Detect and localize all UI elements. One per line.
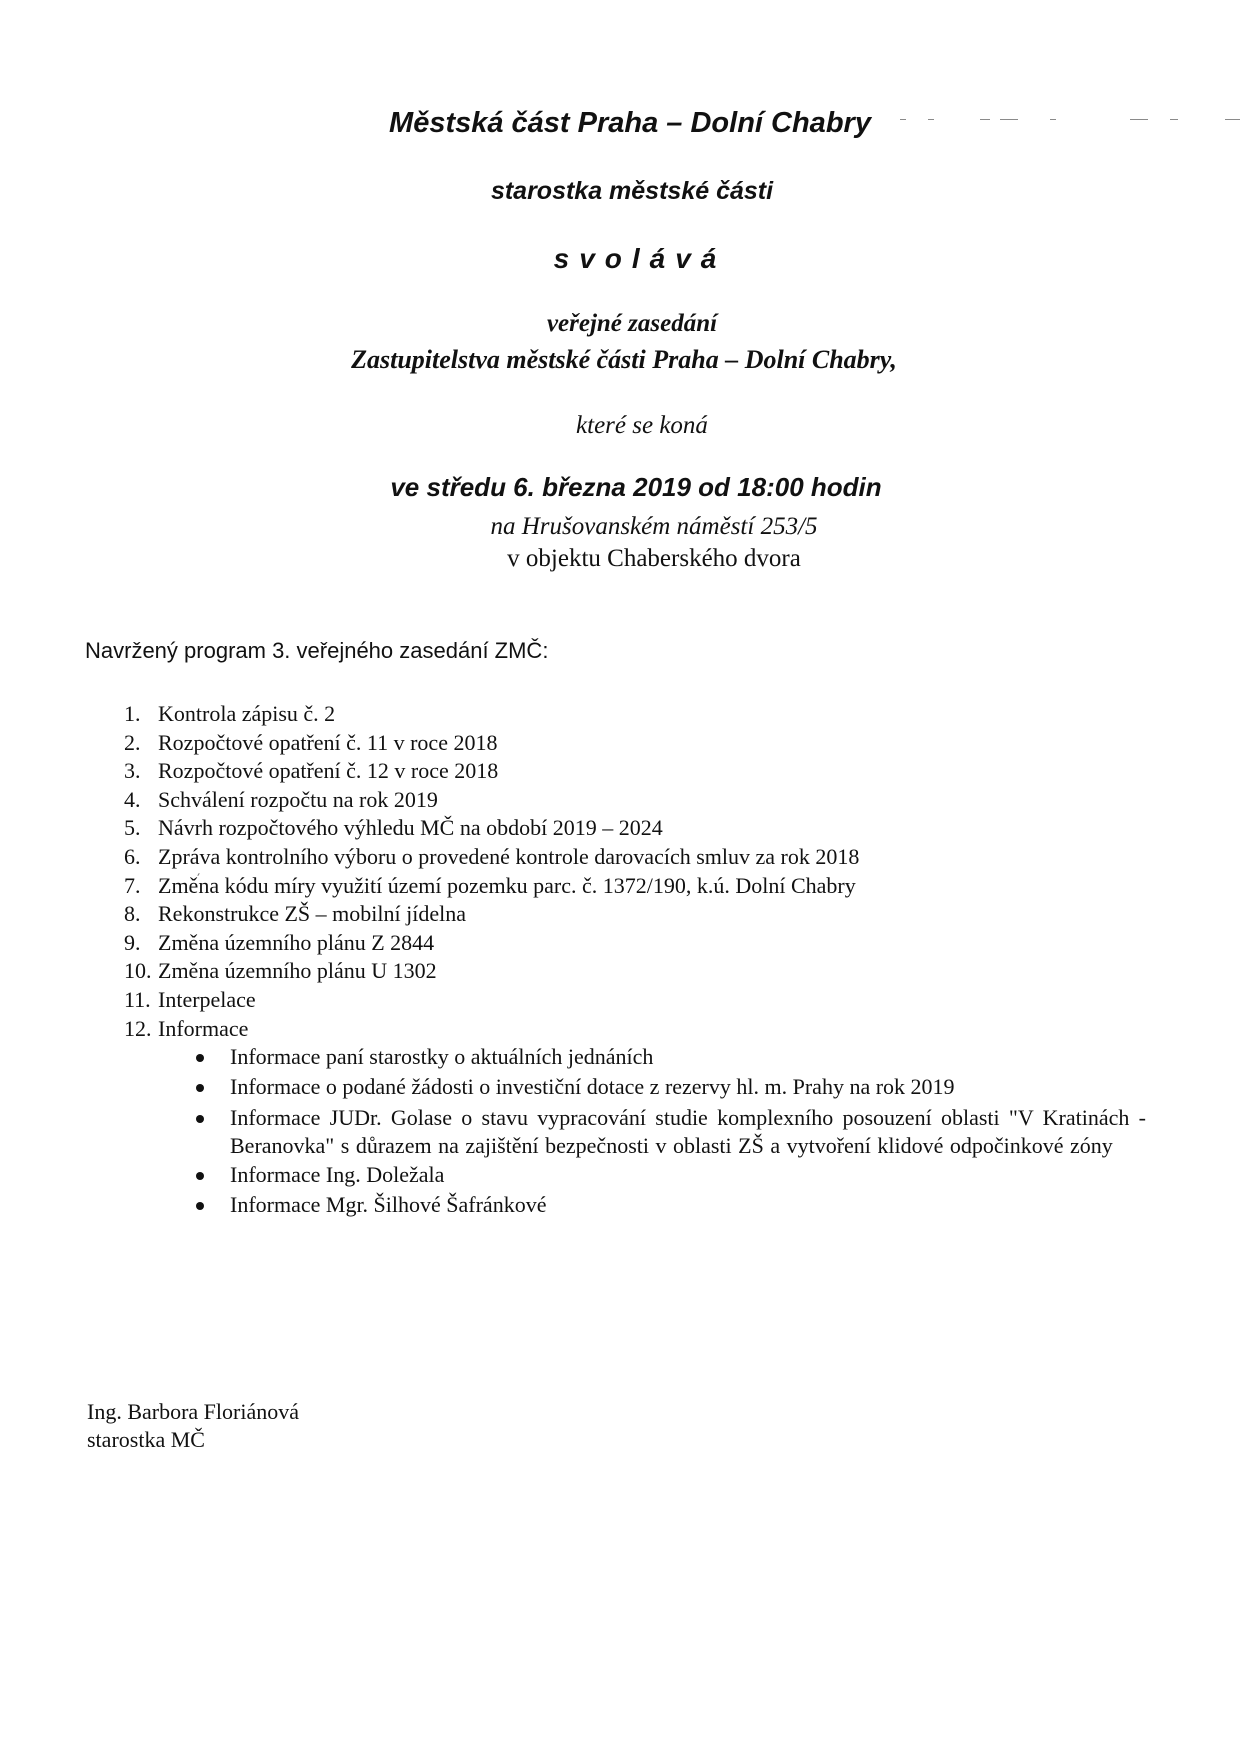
subitem-text: Informace JUDr. Golase o stavu vypracová… [230,1104,1146,1161]
agenda-item-number: 7. [124,872,141,900]
document-page: Městská část Praha – Dolní Chabry staros… [0,0,1240,1755]
agenda-item-number: 9. [124,929,141,957]
agenda-item-number: 5. [124,814,141,842]
information-subitem: Informace o podané žádosti o investiční … [0,1073,1240,1103]
information-subitem: Informace paní starostky o aktuálních je… [0,1043,1240,1073]
bullet-icon [196,1115,204,1123]
agenda-item: 10.Změna územního plánu U 1302 [0,957,1240,986]
bullet-icon [196,1202,204,1210]
agenda-item-text: Návrh rozpočtového výhledu MČ na období … [158,814,663,842]
agenda-item-number: 4. [124,786,141,814]
agenda-item-text: Zpráva kontrolního výboru o provedené ko… [158,843,859,871]
subitem-text: Informace o podané žádosti o investiční … [230,1073,1146,1102]
signatory-name: Ing. Barbora Floriánová [87,1398,299,1426]
agenda-heading: Navržený program 3. veřejného zasedání Z… [85,638,548,664]
subitem-text: Informace paní starostky o aktuálních je… [230,1043,1146,1072]
held-text: které se koná [0,412,1240,440]
information-subitem: Informace JUDr. Golase o stavu vypracová… [0,1104,1240,1161]
agenda-item: 12.Informace [0,1015,1240,1044]
meeting-type: veřejné zasedání [0,310,1240,338]
agenda-item-text: Rozpočtové opatření č. 12 v roce 2018 [158,757,498,785]
signatory-role: starostka MČ [87,1426,299,1454]
agenda-item-number: 6. [124,843,141,871]
council-name: Zastupitelstva městské části Praha – Dol… [0,345,1240,375]
agenda-item-number: 11. [124,986,151,1014]
agenda-item: 6.Zpráva kontrolního výboru o provedené … [0,843,1240,872]
bullet-icon [196,1084,204,1092]
agenda-item: 9.Změna územního plánu Z 2844 [0,929,1240,958]
organization-title: Městská část Praha – Dolní Chabry [0,107,1240,140]
agenda-item-number: 3. [124,757,141,785]
agenda-item-text: Změna územního plánu U 1302 [158,957,437,985]
agenda-item: 5.Návrh rozpočtového výhledu MČ na obdob… [0,814,1240,843]
agenda-item-text: Kontrola zápisu č. 2 [158,700,335,728]
convenes-line: svolává [0,243,1240,275]
agenda-item-number: 8. [124,900,141,928]
information-subitems: Informace paní starostky o aktuálních je… [0,1043,1240,1221]
subitem-text: Informace Ing. Doležala [230,1161,1146,1190]
issuer-line: starostka městské části [0,177,1240,206]
agenda-item-number: 2. [124,729,141,757]
information-subitem: Informace Mgr. Šilhové Šafránkové [0,1191,1240,1221]
information-subitem: Informace Ing. Doležala [0,1161,1240,1191]
agenda-item: 2.Rozpočtové opatření č. 11 v roce 2018 [0,729,1240,758]
agenda-item: 4.Schválení rozpočtu na rok 2019 [0,786,1240,815]
meeting-date-time: ve středu 6. března 2019 od 18:00 hodin [0,472,1240,503]
agenda-item-text: Rozpočtové opatření č. 11 v roce 2018 [158,729,497,757]
agenda-item-number: 1. [124,700,141,728]
agenda-item-number: 10. [124,957,152,985]
agenda-item-text: Změna územního plánu Z 2844 [158,929,434,957]
bullet-icon [196,1172,204,1180]
agenda-item: 7.Změna kódu míry využití území pozemku … [0,872,1240,901]
agenda-item-text: Interpelace [158,986,256,1014]
subitem-text: Informace Mgr. Šilhové Šafránkové [230,1191,1146,1220]
agenda-item-text: Informace [158,1015,248,1043]
agenda-item: 8.Rekonstrukce ZŠ – mobilní jídelna [0,900,1240,929]
bullet-icon [196,1054,204,1062]
signature-block: Ing. Barbora Floriánová starostka MČ [87,1398,299,1454]
agenda-item: 1.Kontrola zápisu č. 2 [0,700,1240,729]
agenda-item-text: Schválení rozpočtu na rok 2019 [158,786,438,814]
meeting-address: na Hrušovanském náměstí 253/5 [0,513,1240,541]
agenda-item-number: 12. [124,1015,152,1043]
meeting-venue: v objektu Chaberského dvora [0,545,1240,573]
agenda-item: 3.Rozpočtové opatření č. 12 v roce 2018 [0,757,1240,786]
agenda-item-text: Změna kódu míry využití území pozemku pa… [158,872,856,900]
agenda-list: 1.Kontrola zápisu č. 2 2.Rozpočtové opat… [0,700,1240,1043]
agenda-item: 11.Interpelace [0,986,1240,1015]
agenda-item-text: Rekonstrukce ZŠ – mobilní jídelna [158,900,466,928]
